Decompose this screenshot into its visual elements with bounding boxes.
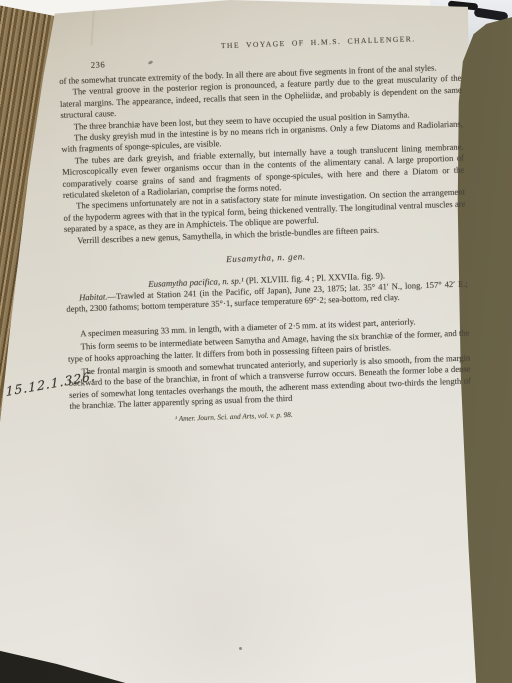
running-header: THE VOYAGE OF H.M.S. CHALLENGER.: [153, 31, 483, 54]
description-block: A specimen measuring 33 mm. in length, w…: [67, 314, 471, 412]
genus-heading: Eusamytha, n. gen.: [65, 246, 467, 272]
book-photo-scene: THE VOYAGE OF H.M.S. CHALLENGER. 236 of …: [0, 0, 512, 683]
page-number: 236: [91, 59, 106, 71]
page-text-block: THE VOYAGE OF H.M.S. CHALLENGER. 236 of …: [58, 26, 472, 429]
ink-speck: [239, 647, 242, 650]
habitat-label: Habitat.: [79, 291, 108, 302]
